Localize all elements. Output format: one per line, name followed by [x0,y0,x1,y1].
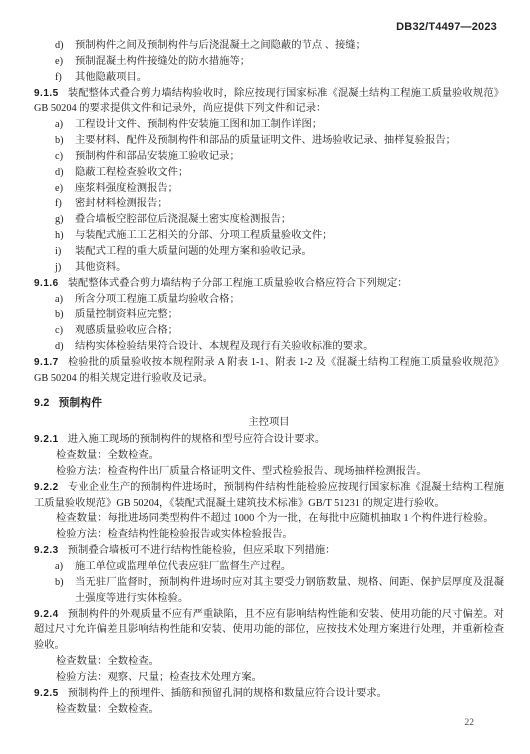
paragraph-text: 检验方法：检查结构性能检验报告或实体检验报告。 [56,529,293,540]
paragraph-text: 装配整体式叠合剪力墙结构子分部工程施工质量验收合格应符合下列规定： [68,278,408,289]
item-label: b) [55,575,64,591]
list-item: c)观感质量验收应合格； [34,323,504,339]
item-label: d) [55,339,64,355]
paragraph-text: 检查数量：全数检查。 [56,704,159,715]
item-label: j) [55,260,61,276]
paragraph-text: 座浆料强度检测报告； [75,183,178,194]
inspection-line: 检验方法：检查结构性能检验报告或实体检验报告。 [34,527,504,543]
section-heading: 9.2预制构件 [34,396,504,412]
clause-paragraph: 9.1.5装配整体式叠合剪力墙结构验收时，除应按现行国家标准《混凝土结构工程施工… [34,86,504,118]
list-item: b)质量控制资料应完整； [34,307,504,323]
paragraph-text: 与装配式施工工艺相关的分部、分项工程质量验收文件； [75,230,332,241]
inspection-line: 检查数量：全数检查。 [34,702,504,718]
list-item: b)当无驻厂监督时，预制构件进场时应对其主要受力钢筋数量、规格、间距、保护层厚度… [34,575,504,607]
clause-number: 9.2.4 [34,609,59,620]
item-label: a) [55,117,63,133]
paragraph-text: 预制构件之间及预制构件与后浇混凝土之间隐蔽的节点 、接缝； [75,40,366,51]
paragraph-text: 隐蔽工程检查验收文件； [75,167,188,178]
clause-paragraph: 9.2.4预制构件的外观质量不应有严重缺陷，且不应有影响结构性能和安装、使用功能… [34,607,504,655]
paragraph-text: 检查数量：每批进场同类型构件不超过 1000 个为一批，在每批中应随机抽取 1 … [56,513,494,524]
clause-paragraph: 9.2.5预制构件上的预埋件、插筋和预留孔洞的规格和数量应符合设计要求。 [34,686,504,702]
standard-code: DB32/T4497—2023 [396,21,497,33]
page-number: 22 [465,718,475,728]
inspection-line: 检查数量：全数检查。 [34,654,504,670]
item-label: e) [55,181,63,197]
paragraph-text: 观感质量验收应合格； [75,325,178,336]
paragraph-text: 检验方法：检查构件出厂质量合格证明文件、型式检验报告、现场抽样检测报告。 [56,466,427,477]
clause-number: 9.1.6 [34,278,59,289]
item-label: i) [55,244,61,260]
item-label: c) [55,323,63,339]
list-item: j)其他资料。 [34,260,504,276]
clause-number: 9.2 [34,397,50,409]
list-item: f)密封材料检测报告； [34,196,504,212]
paragraph-text: 施工单位或监理单位代表应驻厂监督生产过程。 [75,561,291,572]
item-label: c) [55,149,63,165]
paragraph-text: 专业企业生产的预制构件进场时，预制构件结构性能检验应按现行国家标准《混凝土结构工… [34,482,504,509]
paragraph-text: 预制混凝土构件接缝处的防水措施等； [75,56,250,67]
paragraph-text: 预制叠合墙板可不进行结构性能检验，但应采取下列措施： [68,545,336,556]
clause-number: 9.2.1 [34,434,59,445]
item-label: d) [55,165,64,181]
paragraph-text: 预制构件和部品安装施工验收记录； [75,151,240,162]
paragraph-text: 检查数量：全数检查。 [56,656,159,667]
item-label: d) [55,38,64,54]
subsection-heading: 主控项目 [34,415,504,431]
item-label: f) [55,196,62,212]
list-item: e)预制混凝土构件接缝处的防水措施等； [34,54,504,70]
paragraph-text: 其他隐蔽项目。 [75,72,147,83]
clause-number: 9.2.3 [34,545,59,556]
item-label: g) [55,212,64,228]
paragraph-text: 预制构件 [59,397,103,409]
clause-paragraph: 9.1.6装配整体式叠合剪力墙结构子分部工程施工质量验收合格应符合下列规定： [34,276,504,292]
clause-paragraph: 9.2.2专业企业生产的预制构件进场时，预制构件结构性能检验应按现行国家标准《混… [34,480,504,512]
clause-number: 9.2.5 [34,688,59,699]
list-item: b)主要材料、配件及预制构件和部品的质量证明文件、进场验收记录、抽样复验报告； [34,133,504,149]
list-item: d)预制构件之间及预制构件与后浇混凝土之间隐蔽的节点 、接缝； [34,38,504,54]
list-item: h)与装配式施工工艺相关的分部、分项工程质量验收文件； [34,228,504,244]
list-item: d)结构实体检验结果符合设计、本规程及现行有关验收标准的要求。 [34,339,504,355]
paragraph-text: 预制构件的外观质量不应有严重缺陷，且不应有影响结构性能和安装、使用功能的尺寸偏差… [34,609,504,652]
page-header: DB32/T4497—2023 [396,21,497,33]
paragraph-text: 进入施工现场的预制构件的规格和型号应符合设计要求。 [68,434,325,445]
inspection-line: 检查数量：全数检查。 [34,448,504,464]
item-label: f) [55,70,62,86]
item-label: h) [55,228,64,244]
item-label: b) [55,307,64,323]
paragraph-text: 主要材料、配件及预制构件和部品的质量证明文件、进场验收记录、抽样复验报告； [75,135,456,146]
list-item: i)装配式工程的重大质量问题的处理方案和验收记录。 [34,244,504,260]
paragraph-text: 检验批的质量验收按本规程附录 A 附表 1-1、附表 1-2 及《混凝土结构工程… [34,357,504,384]
paragraph-text: 工程设计文件、预制构件安装施工图和加工制作详图； [75,119,322,130]
inspection-line: 检查数量：每批进场同类型构件不超过 1000 个为一批，在每批中应随机抽取 1 … [34,511,504,527]
paragraph-text: 质量控制资料应完整； [75,309,178,320]
page-footer: 22 [465,718,475,728]
item-label: a) [55,559,63,575]
item-label: e) [55,54,63,70]
list-item: e)座浆料强度检测报告； [34,181,504,197]
list-item: a)所含分项工程施工质量均验收合格； [34,292,504,308]
clause-paragraph: 9.2.1进入施工现场的预制构件的规格和型号应符合设计要求。 [34,432,504,448]
list-item: a)工程设计文件、预制构件安装施工图和加工制作详图； [34,117,504,133]
paragraph-text: 检验方法：观察、尺量；检查技术处理方案。 [56,672,262,683]
clause-number: 9.1.5 [34,88,59,99]
document-page: DB32/T4497—2023 d)预制构件之间及预制构件与后浇混凝土之间隐蔽的… [0,0,530,754]
paragraph-text: 结构实体检验结果符合设计、本规程及现行有关验收标准的要求。 [75,341,374,352]
paragraph-text: 其他资料。 [75,262,126,273]
item-label: b) [55,133,64,149]
paragraph-text: 检查数量：全数检查。 [56,450,159,461]
paragraph-text: 密封材料检测报告； [75,198,168,209]
list-item: g)叠合墙板空腔部位后浇混凝土密实度检测报告； [34,212,504,228]
paragraph-text: 装配式工程的重大质量问题的处理方案和验收记录。 [75,246,312,257]
list-item: f)其他隐蔽项目。 [34,70,504,86]
inspection-line: 检验方法：检查构件出厂质量合格证明文件、型式检验报告、现场抽样检测报告。 [34,464,504,480]
clause-paragraph: 9.2.3预制叠合墙板可不进行结构性能检验，但应采取下列措施： [34,543,504,559]
document-body: d)预制构件之间及预制构件与后浇混凝土之间隐蔽的节点 、接缝；e)预制混凝土构件… [34,38,504,717]
paragraph-text: 叠合墙板空腔部位后浇混凝土密实度检测报告； [75,214,291,225]
paragraph-text: 预制构件上的预埋件、插筋和预留孔洞的规格和数量应符合设计要求。 [68,688,387,699]
list-item: a)施工单位或监理单位代表应驻厂监督生产过程。 [34,559,504,575]
inspection-line: 检验方法：观察、尺量；检查技术处理方案。 [34,670,504,686]
paragraph-text: 当无驻厂监督时，预制构件进场时应对其主要受力钢筋数量、规格、间距、保护层厚度及混… [75,577,504,604]
item-label: a) [55,292,63,308]
paragraph-text: 装配整体式叠合剪力墙结构验收时，除应按现行国家标准《混凝土结构工程施工质量验收规… [34,88,504,115]
list-item: d)隐蔽工程检查验收文件； [34,165,504,181]
clause-paragraph: 9.1.7检验批的质量验收按本规程附录 A 附表 1-1、附表 1-2 及《混凝… [34,355,504,387]
clause-number: 9.2.2 [34,482,59,493]
clause-number: 9.1.7 [34,357,59,368]
paragraph-text: 主控项目 [248,417,289,428]
list-item: c)预制构件和部品安装施工验收记录； [34,149,504,165]
paragraph-text: 所含分项工程施工质量均验收合格； [75,294,240,305]
